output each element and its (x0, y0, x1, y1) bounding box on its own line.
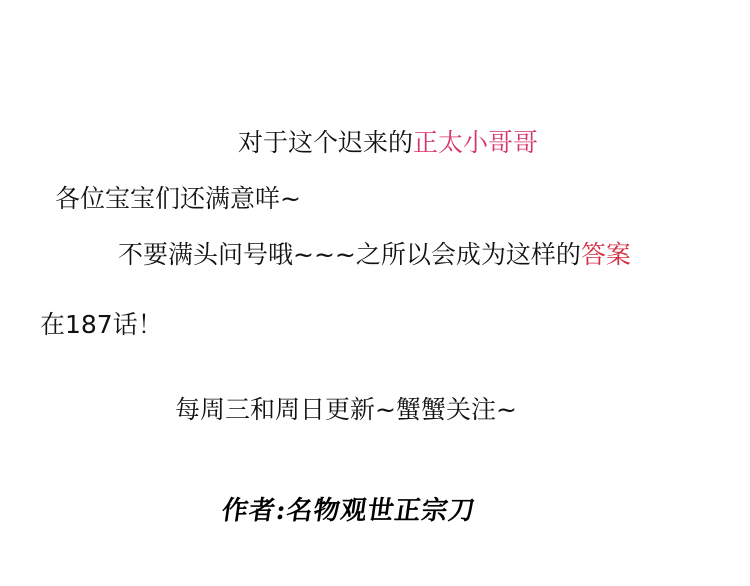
highlight-answer: 答案 (581, 240, 631, 269)
message-line-1-text: 对于这个迟来的 (238, 128, 413, 157)
comic-afterword-page: 对于这个迟来的正太小哥哥 各位宝宝们还满意咩~ 不要满头问号哦~~~之所以会成为… (0, 0, 750, 586)
message-line-3: 不要满头问号哦~~~之所以会成为这样的答案 (118, 240, 631, 270)
message-line-2: 各位宝宝们还满意咩~ (55, 184, 301, 214)
update-schedule-line: 每周三和周日更新~蟹蟹关注~ (175, 395, 517, 425)
author-signature-text: 作者:名物观世正宗刀 (220, 496, 478, 526)
message-line-4: 在187话！ (40, 310, 163, 340)
highlight-shota-brother: 正太小哥哥 (413, 128, 538, 157)
message-line-3-text: 不要满头问号哦~~~之所以会成为这样的 (118, 240, 581, 269)
message-line-1: 对于这个迟来的正太小哥哥 (238, 128, 538, 158)
message-line-4-text: 在187话！ (40, 310, 163, 339)
author-signature: 作者:名物观世正宗刀 (220, 495, 478, 527)
message-line-2-text: 各位宝宝们还满意咩~ (55, 184, 301, 213)
update-schedule-text: 每周三和周日更新~蟹蟹关注~ (175, 395, 517, 424)
